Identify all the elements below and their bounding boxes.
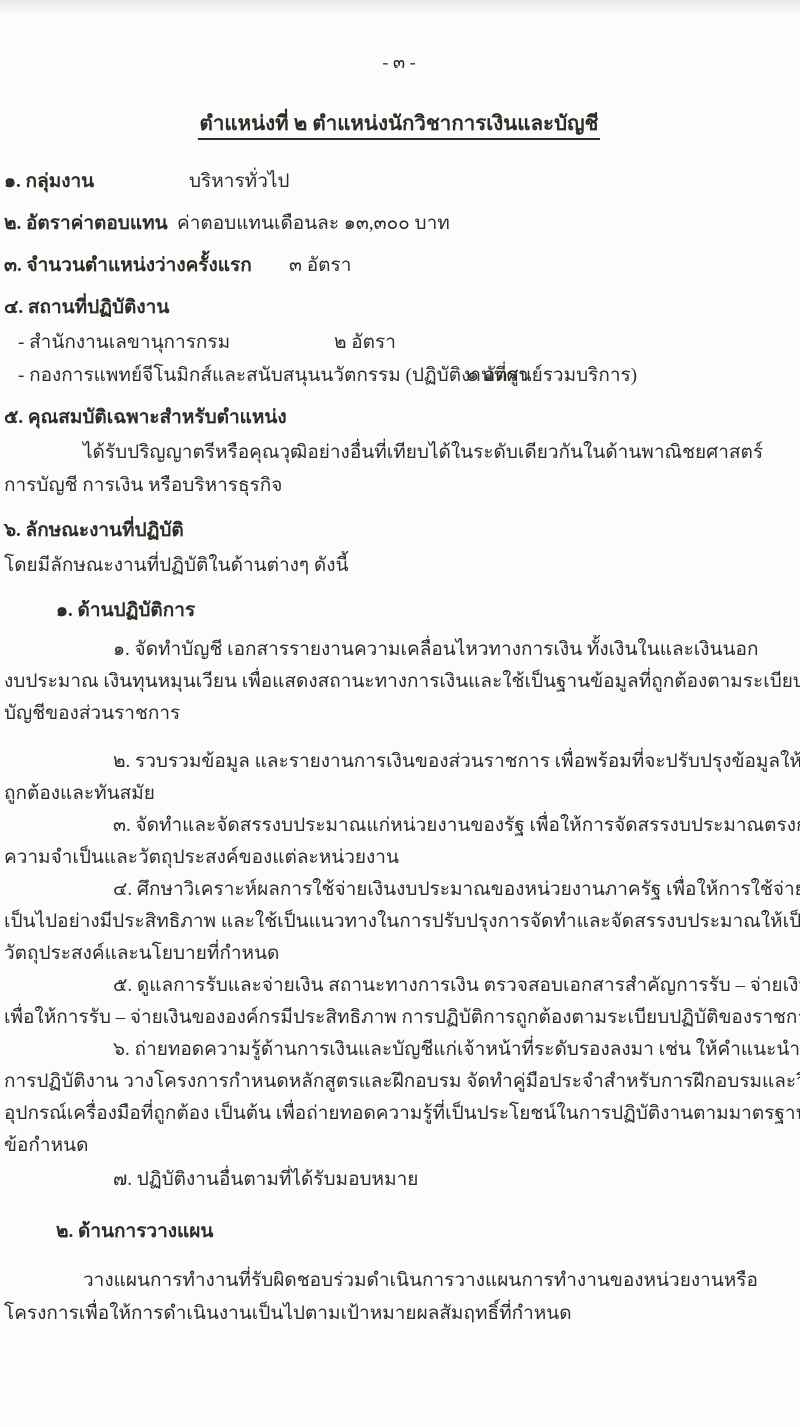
duty-6-line: การปฏิบัติงาน วางโครงการกำหนดหลักสูตรและ… <box>4 1066 794 1098</box>
document-title-text: ตำแหน่งที่ ๒ ตำแหน่งนักวิชาการเงินและบัญ… <box>198 113 601 140</box>
planning-line: วางแผนการทำงานที่รับผิดชอบร่วมดำเนินการว… <box>4 1264 794 1297</box>
location-item-count: ๒ อัตรา <box>334 326 396 359</box>
section-heading-qualification: ๕. คุณสมบัติเฉพาะสำหรับตำแหน่ง <box>4 401 794 434</box>
location-item-name: - กองการแพทย์จีโนมิกส์และสนับสนุนนวัตกรร… <box>18 365 637 386</box>
location-item-name: - สำนักงานเลขานุการกรม <box>18 332 230 353</box>
location-item: - กองการแพทย์จีโนมิกส์และสนับสนุนนวัตกรร… <box>4 359 794 392</box>
section-heading-duties: ๖. ลักษณะงานที่ปฏิบัติ <box>4 514 794 547</box>
section-heading-location: ๔. สถานที่ปฏิบัติงาน <box>4 291 794 324</box>
document-page: - ๓ - ตำแหน่งที่ ๒ ตำแหน่งนักวิชาการเงิน… <box>0 0 800 1427</box>
field-value-vacancies: ๓ อัตรา <box>289 249 351 282</box>
duty-6-line: ข้อกำหนด <box>4 1130 794 1162</box>
planning-line: โครงการเพื่อให้การดำเนินงานเป็นไปตามเป้า… <box>4 1297 794 1330</box>
duty-5-line: เพื่อให้การรับ – จ่ายเงินขององค์กรมีประส… <box>4 1002 794 1034</box>
duty-1-line: งบประมาณ เงินทุนหมุนเวียน เพื่อแสดงสถานะ… <box>4 666 794 698</box>
field-value-workgroup: บริหารทั่วไป <box>189 165 289 198</box>
location-item: - สำนักงานเลขานุการกรม ๒ อัตรา <box>4 326 794 359</box>
duties-intro: โดยมีลักษณะงานที่ปฏิบัติในด้านต่างๆ ดังน… <box>4 549 794 582</box>
field-value-salary: ค่าตอบแทนเดือนละ ๑๓,๓๐๐ บาท <box>177 207 450 240</box>
duty-7-line: ๗. ปฏิบัติงานอื่นตามที่ได้รับมอบหมาย <box>4 1164 794 1196</box>
field-row-workgroup: ๑. กลุ่มงาน บริหารทั่วไป <box>4 165 794 198</box>
subsection-heading-planning: ๒. ด้านการวางแผน <box>4 1215 794 1248</box>
scan-artifact-top <box>0 0 800 14</box>
duty-1-line: บัญชีของส่วนราชการ <box>4 698 794 730</box>
duty-6-line: อุปกรณ์เครื่องมือที่ถูกต้อง เป็นต้น เพื่… <box>4 1098 794 1130</box>
duty-4-line: ๔. ศึกษาวิเคราะห์ผลการใช้จ่ายเงินงบประมา… <box>4 874 794 906</box>
field-label-salary: ๒. อัตราค่าตอบแทน <box>4 213 168 234</box>
field-label-vacancies: ๓. จำนวนตำแหน่งว่างครั้งแรก <box>4 255 252 276</box>
qualification-line: การบัญชี การเงิน หรือบริหารธุรกิจ <box>4 469 794 502</box>
duty-6-line: ๖. ถ่ายทอดความรู้ด้านการเงินและบัญชีแก่เ… <box>4 1034 794 1066</box>
duty-4-line: วัตถุประสงค์และนโยบายที่กำหนด <box>4 938 794 970</box>
duty-3-line: ความจำเป็นและวัตถุประสงค์ของแต่ละหน่วยงา… <box>4 842 794 874</box>
location-item-count: ๑ อัตรา <box>467 359 528 392</box>
duty-4-line: เป็นไปอย่างมีประสิทธิภาพ และใช้เป็นแนวทา… <box>4 906 794 938</box>
page-number: - ๓ - <box>4 46 794 79</box>
document-title: ตำแหน่งที่ ๒ ตำแหน่งนักวิชาการเงินและบัญ… <box>4 109 794 139</box>
duty-2-line: ๒. รวบรวมข้อมูล และรายงานการเงินของส่วนร… <box>4 746 794 778</box>
field-label-workgroup: ๑. กลุ่มงาน <box>4 171 94 192</box>
subsection-heading-operational: ๑. ด้านปฏิบัติการ <box>4 594 794 627</box>
field-row-vacancies: ๓. จำนวนตำแหน่งว่างครั้งแรก ๓ อัตรา <box>4 249 794 282</box>
duty-3-line: ๓. จัดทำและจัดสรรงบประมาณแก่หน่วยงานของร… <box>4 810 794 842</box>
duty-1-line: ๑. จัดทำบัญชี เอกสารรายงานความเคลื่อนไหว… <box>4 634 794 666</box>
duty-5-line: ๕. ดูแลการรับและจ่ายเงิน สถานะทางการเงิน… <box>4 970 794 1002</box>
duty-2-line: ถูกต้องและทันสมัย <box>4 778 794 810</box>
qualification-line: ได้รับปริญญาตรีหรือคุณวุฒิอย่างอื่นที่เท… <box>4 436 794 469</box>
field-row-salary: ๒. อัตราค่าตอบแทน ค่าตอบแทนเดือนละ ๑๓,๓๐… <box>4 207 794 240</box>
